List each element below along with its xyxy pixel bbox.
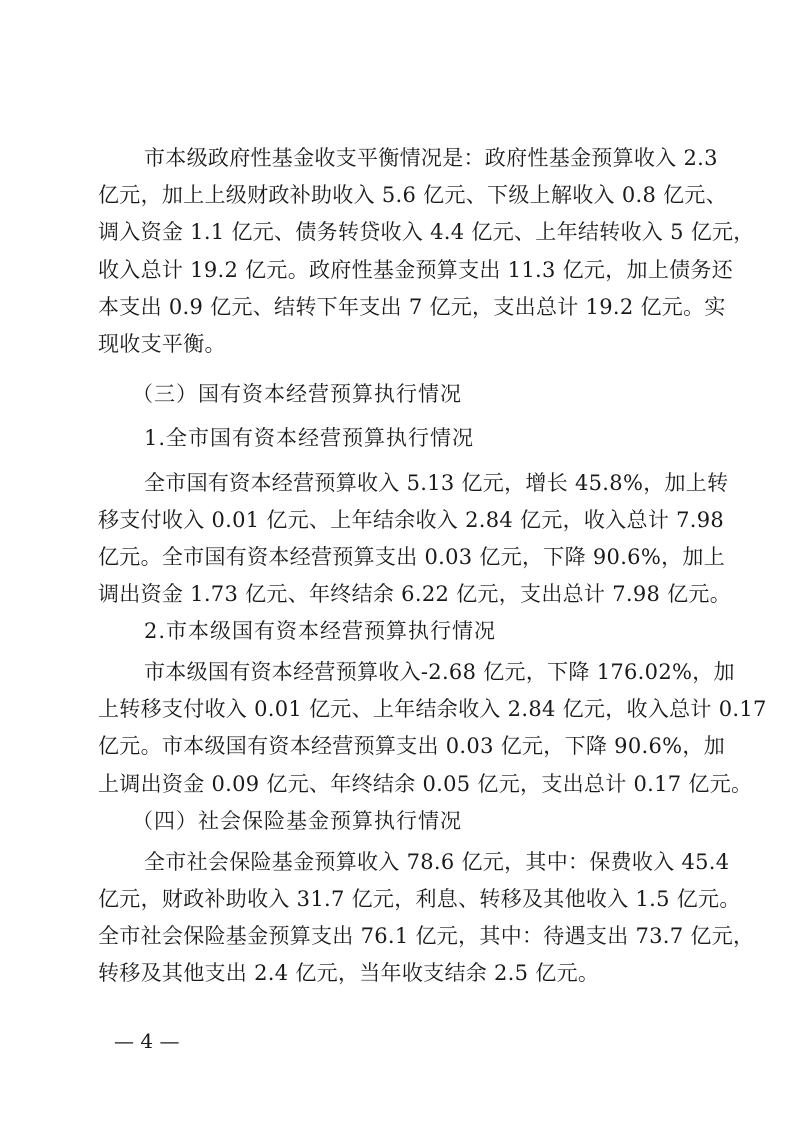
body-line: 调入资金 1.1 亿元、债务转贷收入 4.4 亿元、上年结转收入 5 亿元， [98,218,698,246]
body-line: 全市社会保险基金预算收入 78.6 亿元，其中：保费收入 45.4 [144,848,698,876]
body-line: 亿元。全市国有资本经营预算支出 0.03 亿元，下降 90.6%，加上 [98,543,698,571]
body-line: 全市国有资本经营预算收入 5.13 亿元，增长 45.8%，加上转 [144,469,698,497]
page-number: — 4 — [114,1028,179,1054]
body-line: 转移及其他支出 2.4 亿元，当年收支结余 2.5 亿元。 [98,959,698,987]
body-line: 收入总计 19.2 亿元。政府性基金预算支出 11.3 亿元，加上债务还 [98,256,698,284]
body-line: 移支付收入 0.01 亿元、上年结余收入 2.84 亿元，收入总计 7.98 [98,506,698,534]
body-line: 上转移支付收入 0.01 亿元、上年结余收入 2.84 亿元，收入总计 0.17 [98,695,698,723]
body-line: 亿元。市本级国有资本经营预算支出 0.03 亿元，下降 90.6%，加 [98,732,698,760]
section-heading-3: （三）国有资本经营预算执行情况 [132,380,462,408]
body-line: 调出资金 1.73 亿元、年终结余 6.22 亿元，支出总计 7.98 亿元。 [98,580,698,608]
subsection-heading-1: 1.全市国有资本经营预算执行情况 [144,424,474,452]
body-line: 现收支平衡。 [98,330,698,358]
body-line: 全市社会保险基金预算支出 76.1 亿元，其中：待遇支出 73.7 亿元， [98,922,698,950]
section-heading-4: （四）社会保险基金预算执行情况 [132,807,462,835]
body-line: 上调出资金 0.09 亿元、年终结余 0.05 亿元，支出总计 0.17 亿元。 [98,770,698,798]
body-line: 亿元，财政补助收入 31.7 亿元，利息、转移及其他收入 1.5 亿元。 [98,885,698,913]
body-line: 市本级国有资本经营预算收入-2.68 亿元，下降 176.02%，加 [144,658,698,686]
body-line: 本支出 0.9 亿元、结转下年支出 7 亿元，支出总计 19.2 亿元。实 [98,293,698,321]
body-line: 市本级政府性基金收支平衡情况是：政府性基金预算收入 2.3 [144,144,698,172]
document-page: 市本级政府性基金收支平衡情况是：政府性基金预算收入 2.3 亿元，加上上级财政补… [0,0,793,1122]
body-line: 亿元，加上上级财政补助收入 5.6 亿元、下级上解收入 0.8 亿元、 [98,181,698,209]
subsection-heading-2: 2.市本级国有资本经营预算执行情况 [144,617,496,645]
